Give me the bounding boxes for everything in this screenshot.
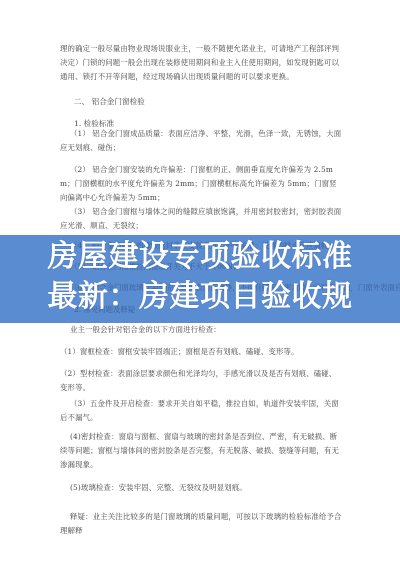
- explanation-paragraph: 释疑：业主关注比较多的是门窗玻璃的质量问题，可按以下玻璃的检验标准给予合理解释: [60, 510, 342, 538]
- standard-item-1: （1） 铝合金门窗成品质量：表面应洁净、平整、光滑，色泽一致，无锈蚀，大面应无划…: [60, 127, 342, 155]
- title-banner: （4） 铝合金门窗扇的橡胶密封条应安装完好，不得脱槽；设置的排水孔应通畅； （5…: [0, 235, 400, 323]
- banner-title-line-1: 房屋建设专项验收标准: [0, 239, 400, 275]
- inspection-item-3: （3）五金件及开启检查：要求开关自如平稳，推拉自如，轨道件安装牢固，关窗后不漏气…: [60, 397, 342, 425]
- standard-item-3: （3） 铝合金门窗框与墙体之间的缝隙应填嵌饱满，并用密封胶密封，密封胶表面应光滑…: [60, 205, 342, 233]
- inspection-item-1: （1）窗框检查：窗框安装牢固端正；窗框是否有划痕、磕碰、变形等。: [60, 345, 342, 359]
- inspection-item-4: (4)密封检查：窗扇与窗框、窗扇与玻璃的密封条是否到位、严密，有无破损、断续等问…: [60, 430, 342, 472]
- section-heading: 二、 铝合金门窗检验: [74, 96, 145, 107]
- inspection-item-2: （2）型材检查：表面涂层要求颜色和光泽均匀，手感光滑以及是否有划痕、磕碰、变形等…: [60, 367, 342, 395]
- standard-item-2: （2） 铝合金门窗安装的允许偏差：门窗框的正、侧面垂直度允许偏差为 2.5mm；…: [60, 163, 342, 205]
- inspection-intro: 业主一般会针对铝合金的以下方面进行检查：: [60, 323, 342, 337]
- paragraph-intro: 理的确定一般尽量由物业现场说服业主，一般不随便允诺业主，可请地产工程部评判决定）…: [60, 42, 342, 84]
- inspection-item-5: (5)玻璃检查：安装牢固、完整、无裂纹及明显划痕。: [60, 481, 342, 495]
- document-page: 理的确定一般尽量由物业现场说服业主，一般不随便允诺业主，可请地产工程部评判决定）…: [0, 0, 400, 566]
- banner-title-line-2: 最新：房建项目验收规: [0, 279, 400, 315]
